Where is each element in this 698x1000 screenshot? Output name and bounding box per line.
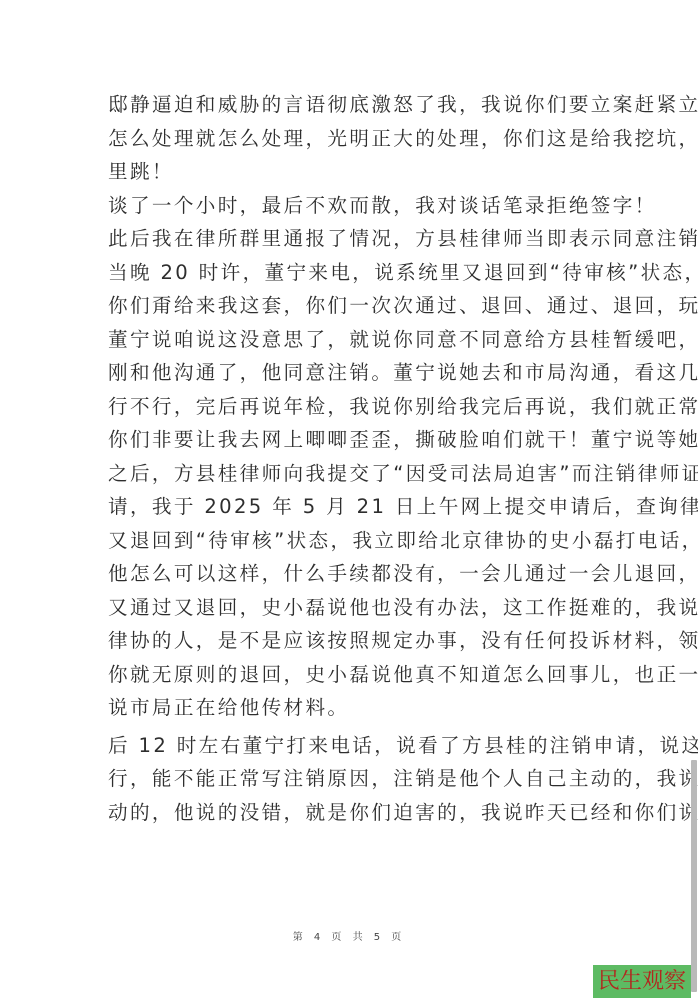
text-line: 行，能不能正常写注销原因，注销是他个人自己主动的，我说是他主 [108,762,600,796]
text-line: 又退回到“待审核”状态，我立即给北京律协的史小磊打电话，质问 [108,524,600,558]
vertical-scrollbar[interactable] [691,760,697,992]
text-line: 请，我于 2025 年 5 月 21 日上午网上提交申请后，查询律所状态确实 [108,490,600,524]
text-line: 此后我在律所群里通报了情况，方县桂律师当即表示同意注销。 [108,222,600,256]
document-body: 邸静逼迫和威胁的言语彻底激怒了我，我说你们要立案赶紧立案，该 怎么处理就怎么处理… [108,88,600,829]
text-line: 怎么处理就怎么处理，光明正大的处理，你们这是给我挖坑，让我往 [108,122,600,156]
text-line: 之后，方县桂律师向我提交了“因受司法局迫害”而注销律师证的申 [108,457,600,491]
text-line: 你就无原则的退回，史小磊说他真不知道怎么回事儿，也正一头雾水， [108,658,600,692]
text-line: 你们甭给来我这套，你们一次次通过、退回、通过、退回，玩这阴的。 [108,289,600,323]
text-line: 你们非要让我去网上唧唧歪歪，撕破脸咱们就干！董宁说等她回复。 [108,423,600,457]
watermark-logo: 民生观察 [593,965,691,998]
text-line: 当晚 20 时许，董宁来电，说系统里又退回到“待审核”状态，我说 [108,256,600,290]
document-page: 邸静逼迫和威胁的言语彻底激怒了我，我说你们要立案赶紧立案，该 怎么处理就怎么处理… [0,0,698,1000]
text-line: 董宁说咱说这没意思了，就说你同意不同意给方县桂暂缓吧，我说我 [108,323,600,357]
text-line: 又通过又退回，史小磊说他也没有办法，这工作挺难的，我说你作为 [108,591,600,625]
text-line: 说市局正在给他传材料。 [108,691,600,725]
text-line: 他怎么可以这样，什么手续都没有，一会儿通过一会儿退回，一会儿 [108,557,600,591]
text-line: 后 12 时左右董宁打来电话，说看了方县桂的注销申请，说这么写不 [108,729,600,763]
text-line: 行不行，完后再说年检，我说你别给我完后再说，我们就正常年检， [108,390,600,424]
text-line: 里跳！ [108,155,600,189]
page-number-footer: 第 4 页 共 5 页 [0,928,698,943]
text-line: 律协的人，是不是应该按照规定办事，没有任何投诉材料，领导一说 [108,624,600,658]
text-line: 邸静逼迫和威胁的言语彻底激怒了我，我说你们要立案赶紧立案，该 [108,88,600,122]
text-line: 刚和他沟通了，他同意注销。董宁说她去和市局沟通，看这几天注销 [108,356,600,390]
text-line: 动的，他说的没错，就是你们迫害的，我说昨天已经和你们说了，先 [108,796,600,830]
text-line: 谈了一个小时，最后不欢而散，我对谈话笔录拒绝签字！ [108,189,600,223]
